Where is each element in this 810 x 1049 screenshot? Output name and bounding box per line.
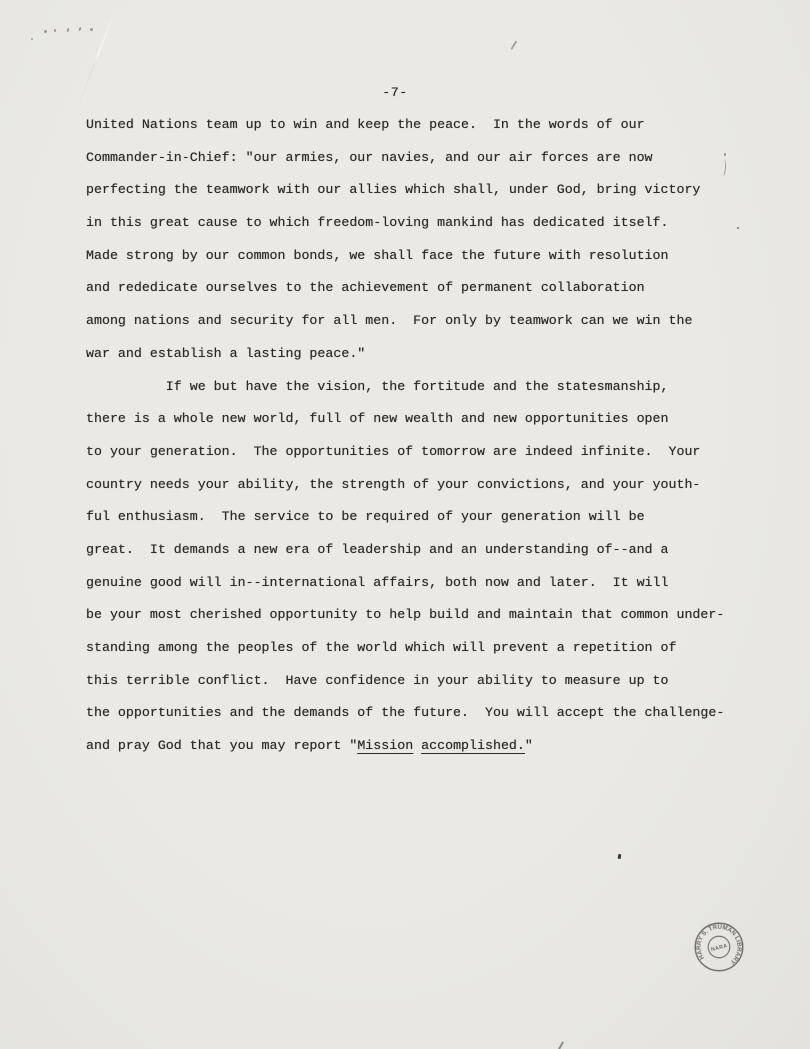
text-line: United Nations team up to win and keep t… <box>86 109 766 142</box>
text-line: ful enthusiasm. The service to be requir… <box>86 501 766 534</box>
stamp-graphic: HARRY S. TRUMAN LIBRARY NARA <box>691 919 747 975</box>
text-segment: " <box>525 738 533 753</box>
text-line: perfecting the teamwork with our allies … <box>86 174 766 207</box>
ink-speck <box>90 28 93 31</box>
text-line: Commander-in-Chief: "our armies, our nav… <box>86 142 766 175</box>
ink-speck <box>67 28 70 32</box>
page-number: -7- <box>0 85 800 100</box>
truman-library-stamp: HARRY S. TRUMAN LIBRARY NARA <box>691 919 747 975</box>
text-line: among nations and security for all men. … <box>86 305 766 338</box>
stamp-center-text: NARA <box>710 943 728 953</box>
ink-speck <box>54 29 56 32</box>
text-line: and rededicate ourselves to the achievem… <box>86 272 766 305</box>
ink-speck <box>618 854 622 859</box>
text-line: If we but have the vision, the fortitude… <box>86 371 766 404</box>
pencil-mark <box>510 40 517 49</box>
text-line: war and establish a lasting peace." <box>86 338 766 371</box>
ink-speck <box>44 30 48 34</box>
text-line: there is a whole new world, full of new … <box>86 403 766 436</box>
text-segment <box>413 738 421 753</box>
text-line: Made strong by our common bonds, we shal… <box>86 240 766 273</box>
pencil-mark <box>558 1041 564 1049</box>
underlined-text: Mission <box>357 738 413 753</box>
document-body: United Nations team up to win and keep t… <box>86 109 766 763</box>
text-line: be your most cherished opportunity to he… <box>86 599 766 632</box>
paper-crease <box>72 1 119 119</box>
text-line: and pray God that you may report "Missio… <box>86 730 766 763</box>
text-segment: and pray God that you may report " <box>86 738 357 753</box>
text-line: country needs your ability, the strength… <box>86 469 766 502</box>
underlined-text: accomplished. <box>421 738 525 753</box>
text-line: this terrible conflict. Have confidence … <box>86 665 766 698</box>
text-line: to your generation. The opportunities of… <box>86 436 766 469</box>
text-line: standing among the peoples of the world … <box>86 632 766 665</box>
ink-speck <box>31 38 33 40</box>
text-line: in this great cause to which freedom-lov… <box>86 207 766 240</box>
text-line: great. It demands a new era of leadershi… <box>86 534 766 567</box>
text-line: genuine good will in--international affa… <box>86 567 766 600</box>
text-line: the opportunities and the demands of the… <box>86 697 766 730</box>
ink-speck <box>78 27 81 31</box>
